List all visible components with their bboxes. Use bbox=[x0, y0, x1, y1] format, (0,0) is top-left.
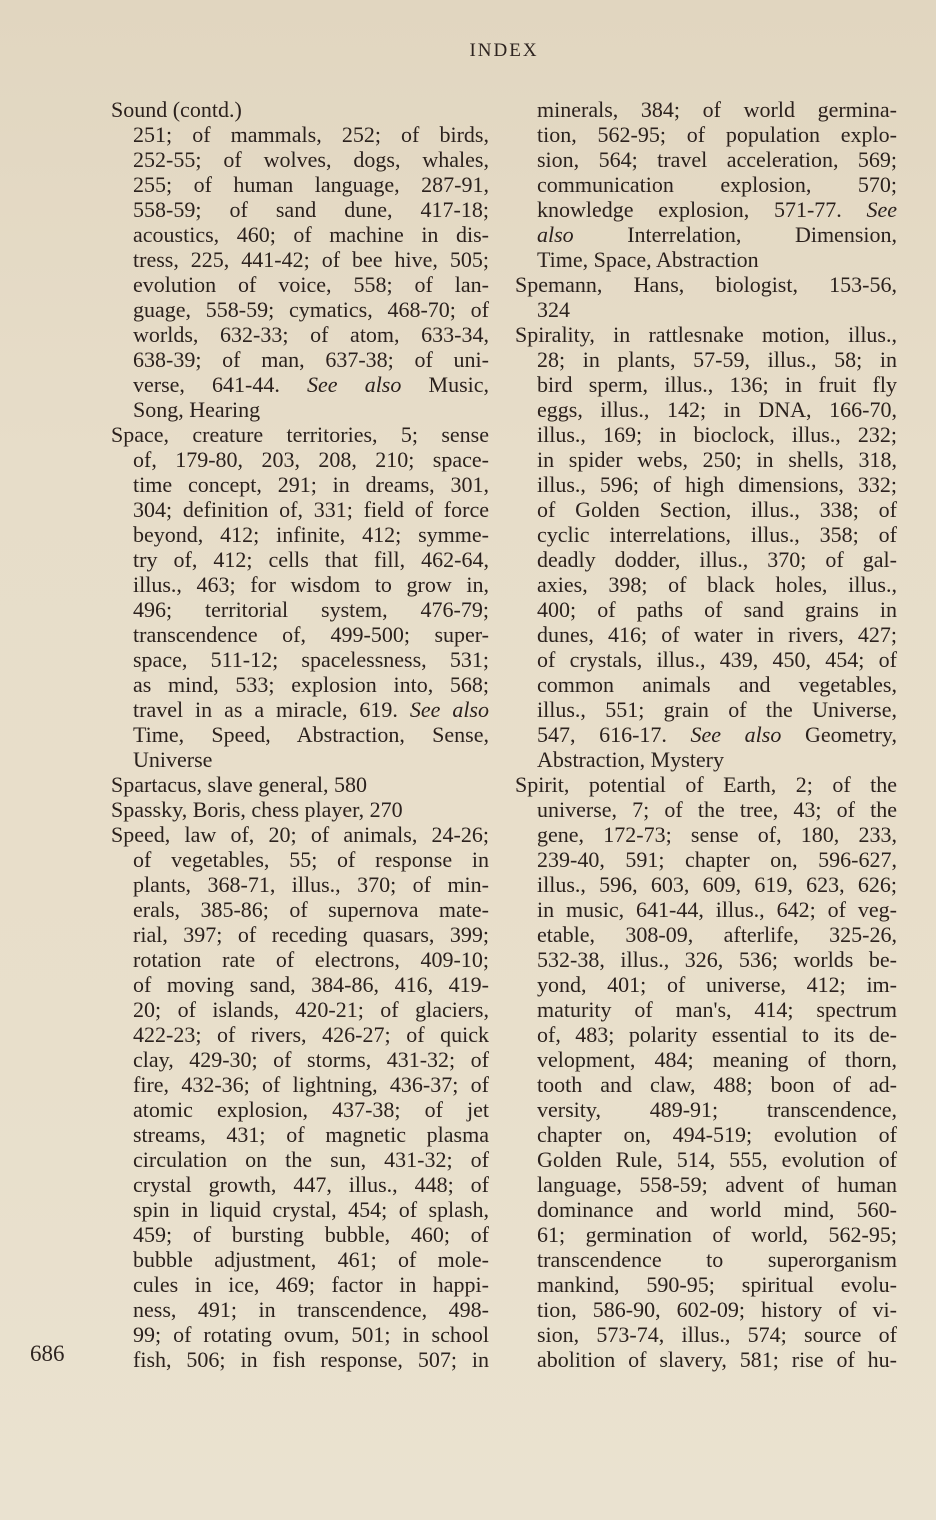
entry-line: plants, 368-71, illus., 370; of min- bbox=[111, 872, 489, 897]
entry-line: of crystals, illus., 439, 450, 454; of bbox=[515, 647, 897, 672]
see-also-label: See bbox=[866, 197, 897, 222]
entry-line: Universe bbox=[111, 747, 489, 772]
index-column-right: minerals, 384; of world germina- tion, 5… bbox=[515, 97, 897, 1372]
entry-line: illus., 551; grain of the Universe, bbox=[515, 697, 897, 722]
entry-line: guage, 558-59; cymatics, 468-70; of bbox=[111, 297, 489, 322]
entry-line: fire, 432-36; of lightning, 436-37; of bbox=[111, 1072, 489, 1097]
entry-line: 400; of paths of sand grains in bbox=[515, 597, 897, 622]
entry-line: verse, 641-44. See also Music, bbox=[111, 372, 489, 397]
entry-heading: Sound (contd.) bbox=[111, 97, 489, 122]
entry-line: illus., 169; in bioclock, illus., 232; bbox=[515, 422, 897, 447]
entry-line: 255; of human language, 287-91, bbox=[111, 172, 489, 197]
entry-line: Golden Rule, 514, 555, evolution of bbox=[515, 1147, 897, 1172]
entry-line: 99; of rotating ovum, 501; in school bbox=[111, 1322, 489, 1347]
entry-line: eggs, illus., 142; in DNA, 166-70, bbox=[515, 397, 897, 422]
entry-line: maturity of man's, 414; spectrum bbox=[515, 997, 897, 1022]
entry-line: of moving sand, 384-86, 416, 419- bbox=[111, 972, 489, 997]
entry-heading: Spassky, Boris, chess player, 270 bbox=[111, 797, 489, 822]
entry-line: ness, 491; in transcendence, 498- bbox=[111, 1297, 489, 1322]
entry-line: 459; of bursting bubble, 460; of bbox=[111, 1222, 489, 1247]
entry-line: cules in ice, 469; factor in happi- bbox=[111, 1272, 489, 1297]
entry-line: Abstraction, Mystery bbox=[515, 747, 897, 772]
see-also-label: also bbox=[537, 222, 574, 247]
entry-line: time concept, 291; in dreams, 301, bbox=[111, 472, 489, 497]
entry-line: bubble adjustment, 461; of mole- bbox=[111, 1247, 489, 1272]
entry-line: velopment, 484; meaning of thorn, bbox=[515, 1047, 897, 1072]
entry-line: universe, 7; of the tree, 43; of the bbox=[515, 797, 897, 822]
entry-line: Time, Space, Abstraction bbox=[515, 247, 897, 272]
entry-line: atomic explosion, 437-38; of jet bbox=[111, 1097, 489, 1122]
see-also-label: See also bbox=[691, 722, 782, 747]
entry-line: rial, 397; of receding quasars, 399; bbox=[111, 922, 489, 947]
running-head: INDEX bbox=[0, 40, 936, 62]
index-column-left: Sound (contd.) 251; of mammals, 252; of … bbox=[111, 97, 489, 1372]
entry-line: 532-38, illus., 326, 536; worlds be- bbox=[515, 947, 897, 972]
entry-line: gene, 172-73; sense of, 180, 233, bbox=[515, 822, 897, 847]
entry-line: 547, 616-17. See also Geometry, bbox=[515, 722, 897, 747]
entry-line: beyond, 412; infinite, 412; symme- bbox=[111, 522, 489, 547]
entry-line: in spider webs, 250; in shells, 318, bbox=[515, 447, 897, 472]
index-entry-spartacus: Spartacus, slave general, 580 bbox=[111, 772, 489, 797]
entry-line: tion, 562-95; of population explo- bbox=[515, 122, 897, 147]
entry-line: communication explosion, 570; bbox=[515, 172, 897, 197]
entry-line: fish, 506; in fish response, 507; in bbox=[111, 1347, 489, 1372]
entry-line: 252-55; of wolves, dogs, whales, bbox=[111, 147, 489, 172]
entry-heading: Speed, law of, 20; of animals, 24-26; bbox=[111, 822, 489, 847]
entry-line: Song, Hearing bbox=[111, 397, 489, 422]
entry-line: tooth and claw, 488; boon of ad- bbox=[515, 1072, 897, 1097]
entry-line: clay, 429-30; of storms, 431-32; of bbox=[111, 1047, 489, 1072]
entry-line: bird sperm, illus., 136; in fruit fly bbox=[515, 372, 897, 397]
index-entry-spassky: Spassky, Boris, chess player, 270 bbox=[111, 797, 489, 822]
entry-line: streams, 431; of magnetic plasma bbox=[111, 1122, 489, 1147]
entry-line: also Interrelation, Dimension, bbox=[515, 222, 897, 247]
entry-line: try of, 412; cells that fill, 462-64, bbox=[111, 547, 489, 572]
entry-line: minerals, 384; of world germina- bbox=[515, 97, 897, 122]
entry-line: as mind, 533; explosion into, 568; bbox=[111, 672, 489, 697]
entry-line: dominance and world mind, 560- bbox=[515, 1197, 897, 1222]
entry-line: travel in as a miracle, 619. See also bbox=[111, 697, 489, 722]
entry-heading: Spemann, Hans, biologist, 153-56, bbox=[515, 272, 897, 297]
entry-line: 251; of mammals, 252; of birds, bbox=[111, 122, 489, 147]
entry-heading: Space, creature territories, 5; sense bbox=[111, 422, 489, 447]
entry-line: of, 179-80, 203, 208, 210; space- bbox=[111, 447, 489, 472]
entry-line: language, 558-59; advent of human bbox=[515, 1172, 897, 1197]
entry-line: dunes, 416; of water in rivers, 427; bbox=[515, 622, 897, 647]
entry-line: erals, 385-86; of supernova mate- bbox=[111, 897, 489, 922]
entry-line: illus., 463; for wisdom to grow in, bbox=[111, 572, 489, 597]
entry-line: space, 511-12; spacelessness, 531; bbox=[111, 647, 489, 672]
entry-line: Time, Speed, Abstraction, Sense, bbox=[111, 722, 489, 747]
entry-line: 638-39; of man, 637-38; of uni- bbox=[111, 347, 489, 372]
entry-line: 496; territorial system, 476-79; bbox=[111, 597, 489, 622]
entry-line: abolition of slavery, 581; rise of hu- bbox=[515, 1347, 897, 1372]
entry-line: of Golden Section, illus., 338; of bbox=[515, 497, 897, 522]
entry-line: 20; of islands, 420-21; of glaciers, bbox=[111, 997, 489, 1022]
entry-heading: Spirit, potential of Earth, 2; of the bbox=[515, 772, 897, 797]
index-entry-speed: Speed, law of, 20; of animals, 24-26; of… bbox=[111, 822, 489, 1372]
entry-line: sion, 573-74, illus., 574; source of bbox=[515, 1322, 897, 1347]
entry-line: tion, 586-90, 602-09; history of vi- bbox=[515, 1297, 897, 1322]
entry-line: illus., 596, 603, 609, 619, 623, 626; bbox=[515, 872, 897, 897]
index-entry-spirit: Spirit, potential of Earth, 2; of the un… bbox=[515, 772, 897, 1372]
index-entry-sound: Sound (contd.) 251; of mammals, 252; of … bbox=[111, 97, 489, 422]
entry-line: 324 bbox=[515, 297, 897, 322]
entry-line: common animals and vegetables, bbox=[515, 672, 897, 697]
entry-line: rotation rate of electrons, 409-10; bbox=[111, 947, 489, 972]
entry-line: knowledge explosion, 571-77. See bbox=[515, 197, 897, 222]
page-number: 686 bbox=[30, 1341, 65, 1367]
entry-line: spin in liquid crystal, 454; of splash, bbox=[111, 1197, 489, 1222]
entry-line: chapter on, 494-519; evolution of bbox=[515, 1122, 897, 1147]
entry-line: of, 483; polarity essential to its de- bbox=[515, 1022, 897, 1047]
entry-line: yond, 401; of universe, 412; im- bbox=[515, 972, 897, 997]
index-entry-spirality: Spirality, in rattlesnake motion, illus.… bbox=[515, 322, 897, 772]
entry-line: crystal growth, 447, illus., 448; of bbox=[111, 1172, 489, 1197]
entry-heading: Spartacus, slave general, 580 bbox=[111, 772, 489, 797]
entry-line: circulation on the sun, 431-32; of bbox=[111, 1147, 489, 1172]
entry-line: etable, 308-09, afterlife, 325-26, bbox=[515, 922, 897, 947]
entry-line: sion, 564; travel acceleration, 569; bbox=[515, 147, 897, 172]
entry-line: 558-59; of sand dune, 417-18; bbox=[111, 197, 489, 222]
entry-line: cyclic interrelations, illus., 358; of bbox=[515, 522, 897, 547]
entry-line: 61; germination of world, 562-95; bbox=[515, 1222, 897, 1247]
index-entry-space: Space, creature territories, 5; sense of… bbox=[111, 422, 489, 772]
entry-line: mankind, 590-95; spiritual evolu- bbox=[515, 1272, 897, 1297]
entry-line: 239-40, 591; chapter on, 596-627, bbox=[515, 847, 897, 872]
entry-line: worlds, 632-33; of atom, 633-34, bbox=[111, 322, 489, 347]
entry-line: 304; definition of, 331; field of force bbox=[111, 497, 489, 522]
entry-line: 422-23; of rivers, 426-27; of quick bbox=[111, 1022, 489, 1047]
entry-line: evolution of voice, 558; of lan- bbox=[111, 272, 489, 297]
entry-line: versity, 489-91; transcendence, bbox=[515, 1097, 897, 1122]
entry-line: axies, 398; of black holes, illus., bbox=[515, 572, 897, 597]
entry-line: acoustics, 460; of machine in dis- bbox=[111, 222, 489, 247]
see-also-label: See also bbox=[410, 697, 489, 722]
entry-line: 28; in plants, 57-59, illus., 58; in bbox=[515, 347, 897, 372]
entry-line: illus., 596; of high dimensions, 332; bbox=[515, 472, 897, 497]
entry-line: transcendence of, 499-500; super- bbox=[111, 622, 489, 647]
entry-line: of vegetables, 55; of response in bbox=[111, 847, 489, 872]
entry-line: transcendence to superorganism bbox=[515, 1247, 897, 1272]
entry-line: deadly dodder, illus., 370; of gal- bbox=[515, 547, 897, 572]
see-also-label: See also bbox=[307, 372, 401, 397]
index-entry-speed-continued: minerals, 384; of world germina- tion, 5… bbox=[515, 97, 897, 272]
entry-line: tress, 225, 441-42; of bee hive, 505; bbox=[111, 247, 489, 272]
index-entry-spemann: Spemann, Hans, biologist, 153-56, 324 bbox=[515, 272, 897, 322]
entry-heading: Spirality, in rattlesnake motion, illus.… bbox=[515, 322, 897, 347]
entry-line: in music, 641-44, illus., 642; of veg- bbox=[515, 897, 897, 922]
